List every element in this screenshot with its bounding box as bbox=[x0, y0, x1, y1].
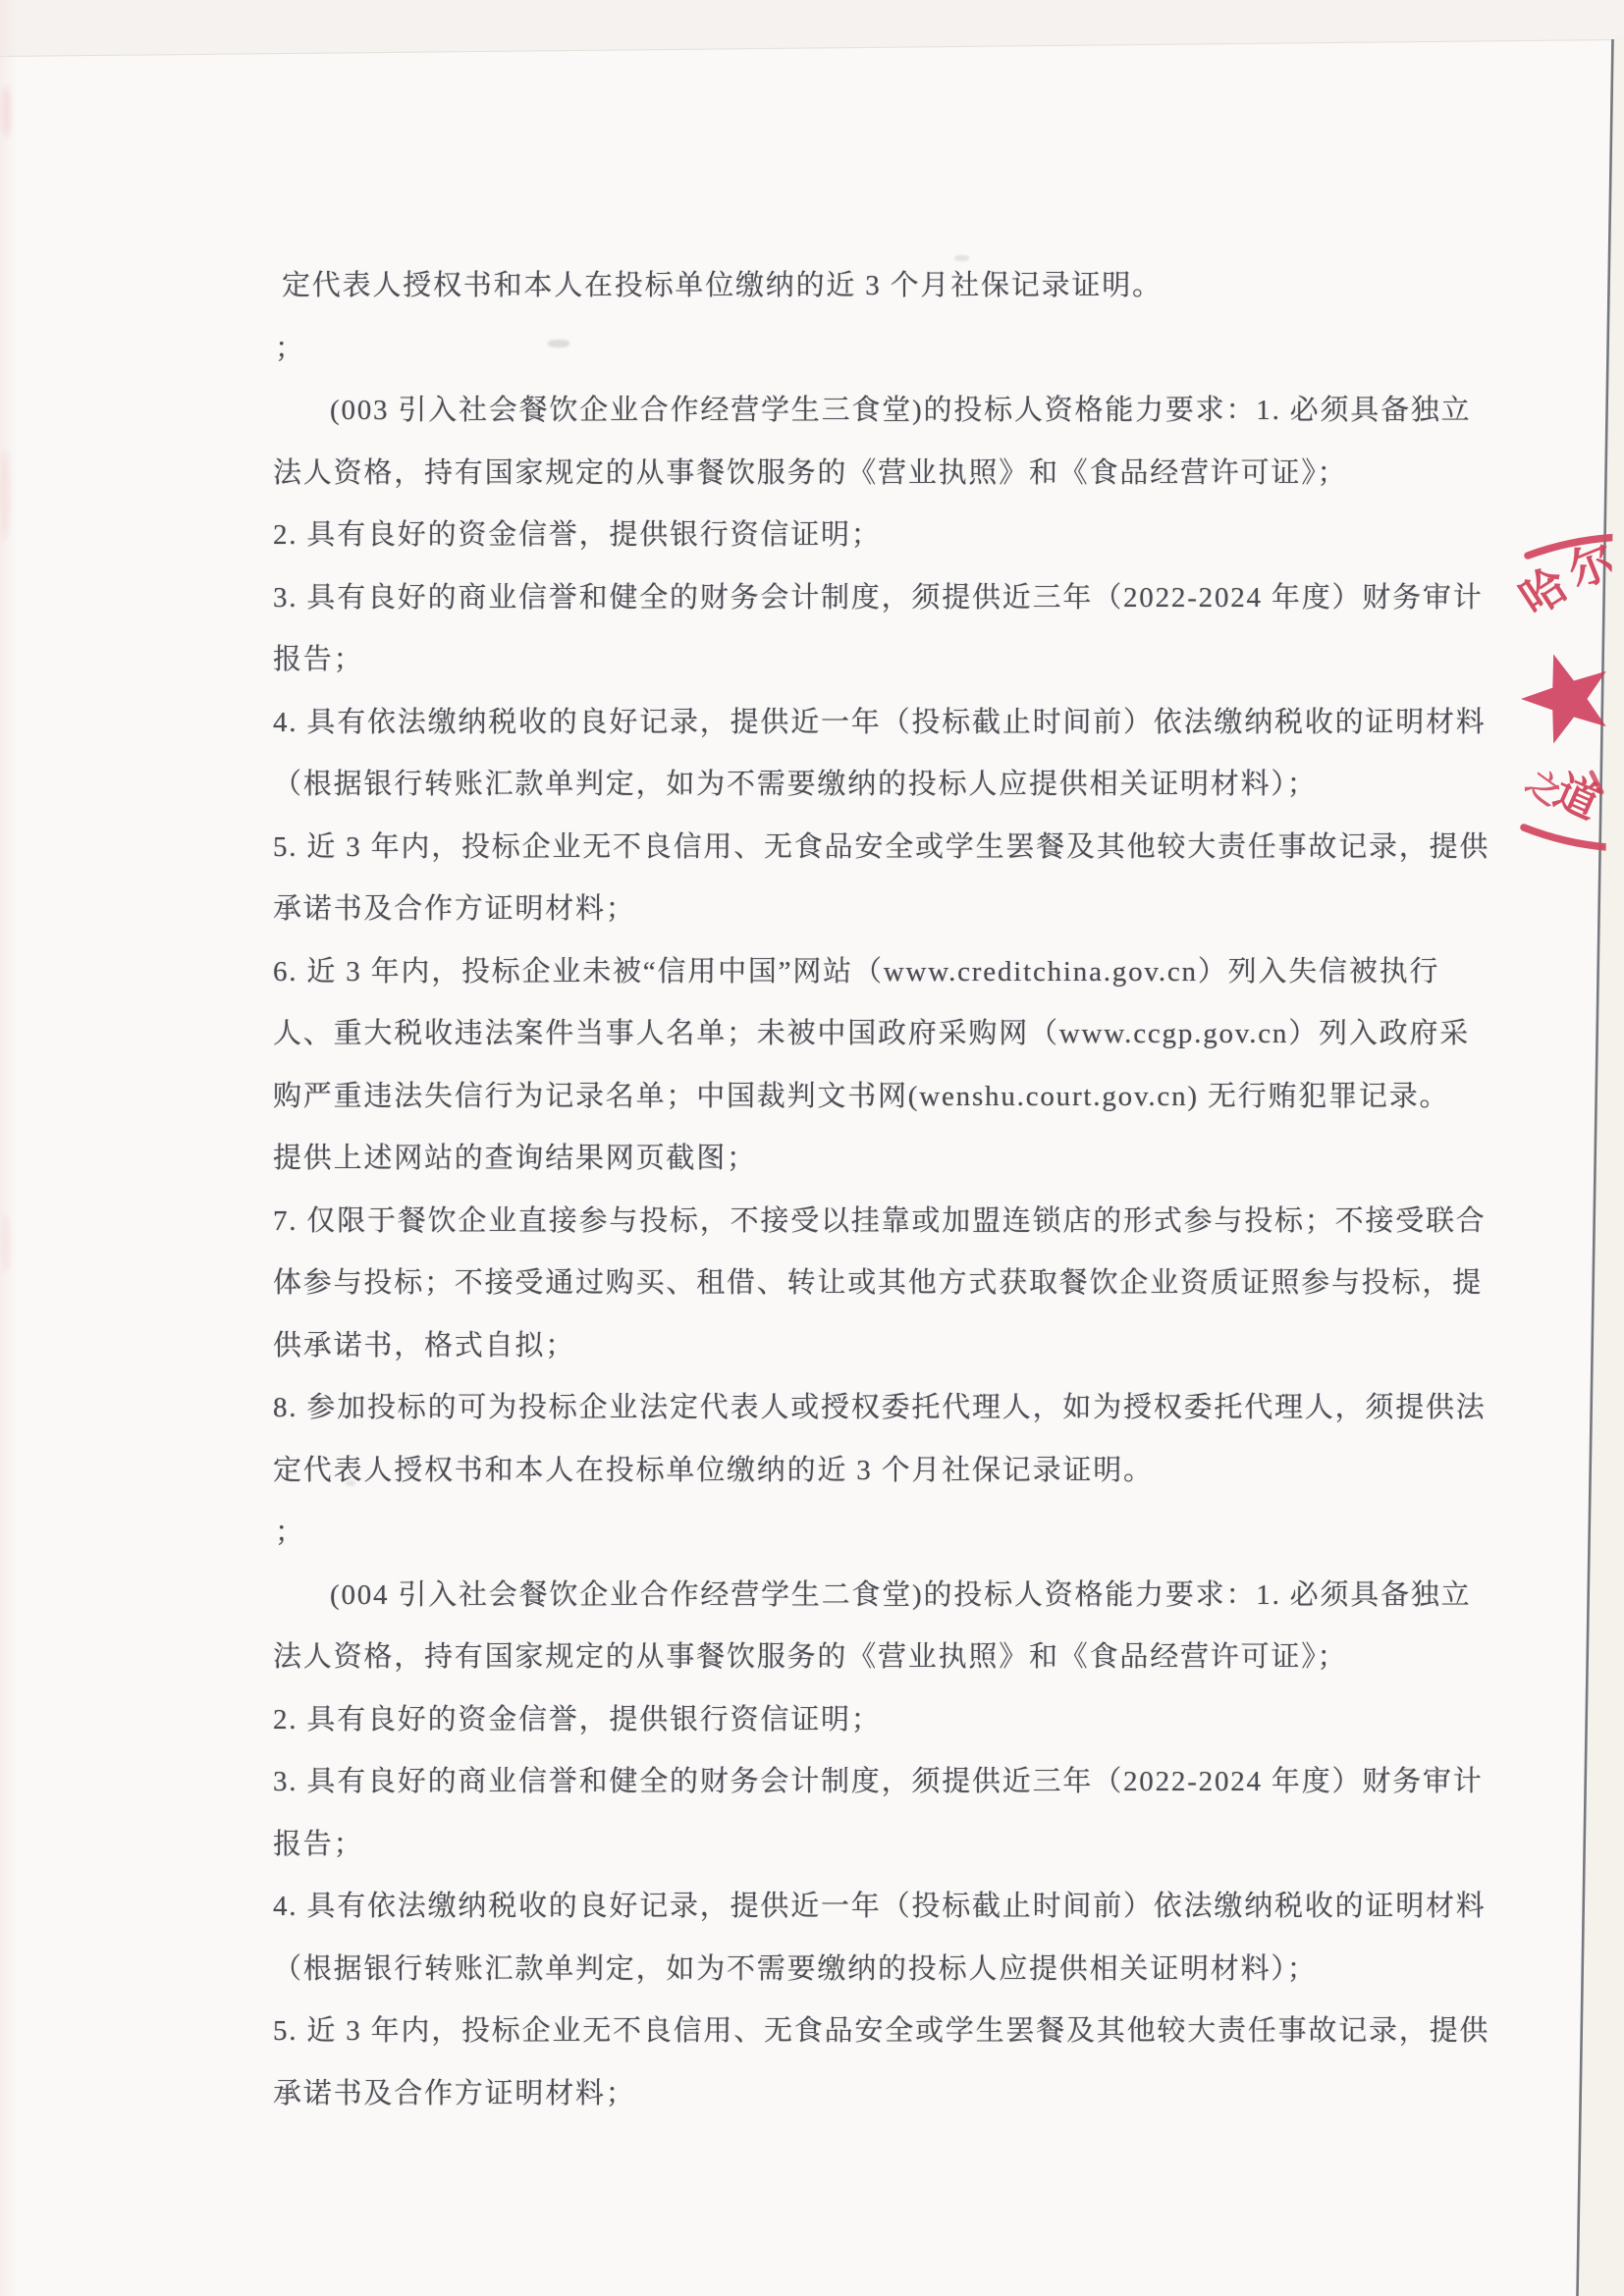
scan-background-right bbox=[1578, 35, 1624, 2296]
scanned-document-page: 定代表人授权书和本人在投标单位缴纳的近 3 个月社保记录证明。；(003 引入社… bbox=[0, 0, 1624, 2296]
scan-overlay: 哈 尔 之 道 bbox=[0, 0, 1624, 2296]
seal-char-top-1: 哈 bbox=[1511, 558, 1577, 625]
